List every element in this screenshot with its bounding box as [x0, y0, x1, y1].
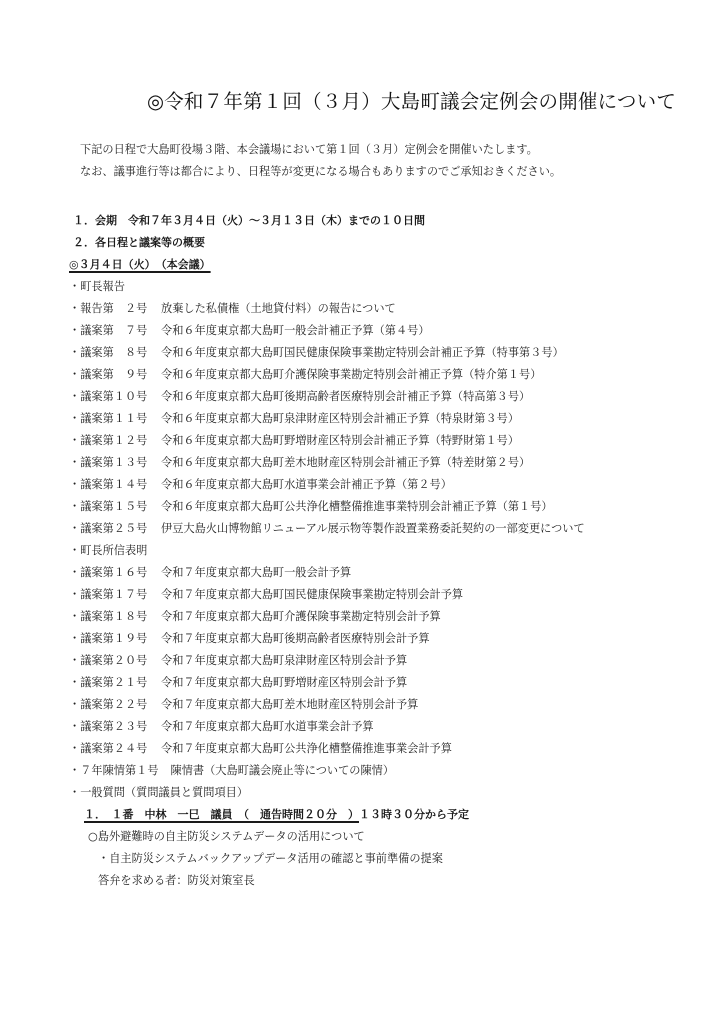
item-text: 陳情書（大島町議会廃止等についての陳情） — [171, 764, 395, 777]
agenda-item: ・議案第２１号令和７年度東京都大島町野増財産区特別会計予算 — [69, 674, 407, 690]
agenda-item: ・議案第１９号令和７年度東京都大島町後期高齢者医療特別会計予算 — [69, 630, 430, 646]
item-label: ・議案第２５号 — [69, 520, 149, 536]
item-text: 伊豆大島火山博物館リニューアル展示物等製作設置業務委託契約の一部変更について — [161, 522, 585, 535]
day-heading: ◎３月４日（火） （本会議） — [69, 256, 211, 272]
agenda-item: ・報告第 ２号放棄した私債権（土地貸付料）の報告について — [69, 300, 396, 316]
agenda-item: ・議案第２４号令和７年度東京都大島町公共浄化槽整備推進事業会計予算 — [69, 740, 452, 756]
item-label: ・議案第 ８号 — [69, 344, 149, 360]
item-label: ・議案第 ７号 — [69, 322, 149, 338]
item-label: ・議案第１６号 — [69, 564, 149, 580]
scheduled-time: １３時３０分から予定 — [359, 808, 469, 821]
questioner-info: １． １番 中林 一巳 議員 （ 通告時間２０分 ） — [84, 808, 359, 821]
item-label: ・議案第１１号 — [69, 410, 149, 426]
agenda-item: ・議案第２５号伊豆大島火山博物館リニューアル展示物等製作設置業務委託契約の一部変… — [69, 520, 585, 536]
item-text: 令和７年度東京都大島町介護保険事業勘定特別会計予算 — [161, 610, 441, 623]
intro-line-1: 下記の日程で大島町役場３階、本会議場において第１回（３月）定例会を開催いたします… — [80, 139, 561, 161]
item-label: ・一般質問（質問議員と質問項目） — [69, 786, 248, 799]
agenda-item: ・議案第１４号令和６年度東京都大島町水道事業会計補正予算（第２号） — [69, 476, 452, 492]
item-label: ・議案第１７号 — [69, 586, 149, 602]
item-text: 令和６年度東京都大島町野増財産区特別会計補正予算（特野財第１号） — [161, 434, 519, 447]
item-label: ・議案第１０号 — [69, 388, 149, 404]
item-text: 令和６年度東京都大島町泉津財産区特別会計補正予算（特泉財第３号） — [161, 412, 519, 425]
item-text: 令和７年度東京都大島町公共浄化槽整備推進事業会計予算 — [161, 742, 452, 755]
agenda-item: ・議案第２２号令和７年度東京都大島町差木地財産区特別会計予算 — [69, 696, 418, 712]
item-label: ・議案第 ９号 — [69, 366, 149, 382]
page-title: ◎令和７年第１回（３月）大島町議会定例会の開催について — [147, 86, 676, 114]
agenda-item: ・議案第１７号令和７年度東京都大島町国民健康保険事業勘定特別会計予算 — [69, 586, 463, 602]
item-label: ・議案第２０号 — [69, 652, 149, 668]
item-label: ・議案第２４号 — [69, 740, 149, 756]
agenda-item: ・議案第１５号令和６年度東京都大島町公共浄化槽整備推進事業特別会計補正予算（第１… — [69, 498, 553, 514]
agenda-item: ・町長所信表明 — [69, 542, 147, 558]
agenda-item: ・議案第 ８号令和６年度東京都大島町国民健康保険事業勘定特別会計補正予算（特事第… — [69, 344, 564, 360]
intro-line-2: なお、議事進行等は都合により、日程等が変更になる場合もありますのでご承知おきくだ… — [80, 161, 561, 183]
agenda-item: ・議案第１０号令和６年度東京都大島町後期高齢者医療特別会計補正予算（特高第３号） — [69, 388, 530, 404]
agenda-item: ・議案第１６号令和７年度東京都大島町一般会計予算 — [69, 564, 351, 580]
item-label: ・議案第１８号 — [69, 608, 149, 624]
agenda-item: ・議案第 ７号令和６年度東京都大島町一般会計補正予算（第４号） — [69, 322, 430, 338]
item-text: 令和７年度東京都大島町一般会計予算 — [161, 566, 351, 579]
overview-heading: ２．各日程と議案等の概要 — [73, 234, 205, 250]
agenda-item: ・議案第２０号令和７年度東京都大島町泉津財産区特別会計予算 — [69, 652, 407, 668]
item-text: 令和６年度東京都大島町水道事業会計補正予算（第２号） — [161, 478, 452, 491]
agenda-item: ・一般質問（質問議員と質問項目） — [69, 784, 248, 800]
respondent: 答弁を求める者：防災対策室長 — [98, 872, 255, 888]
item-text: 令和７年度東京都大島町野増財産区特別会計予算 — [161, 676, 407, 689]
agenda-item: ・議案第１２号令和６年度東京都大島町野増財産区特別会計補正予算（特野財第１号） — [69, 432, 519, 448]
item-text: 令和６年度東京都大島町公共浄化槽整備推進事業特別会計補正予算（第１号） — [161, 500, 553, 513]
agenda-item: ・７年陳情第１号陳情書（大島町議会廃止等についての陳情） — [69, 762, 394, 778]
agenda-item: ・議案第１８号令和７年度東京都大島町介護保険事業勘定特別会計予算 — [69, 608, 441, 624]
intro-paragraph: 下記の日程で大島町役場３階、本会議場において第１回（３月）定例会を開催いたします… — [80, 139, 561, 183]
session-period: １．会期 令和７年３月４日（火）～３月１３日（木）までの１０日間 — [73, 212, 425, 228]
item-text: 放棄した私債権（土地貸付料）の報告について — [161, 302, 396, 315]
item-text: 令和６年度東京都大島町介護保険事業勘定特別会計補正予算（特介第１号） — [161, 368, 541, 381]
item-text: 令和７年度東京都大島町水道事業会計予算 — [161, 720, 374, 733]
item-label: ・議案第１４号 — [69, 476, 149, 492]
item-label: ・議案第１９号 — [69, 630, 149, 646]
item-label: ・議案第２２号 — [69, 696, 149, 712]
question-subpoint: ・自主防災システムバックアップデータ活用の確認と事前準備の提案 — [98, 850, 443, 866]
question-topic: ○島外避難時の自主防災システムデータの活用について — [88, 828, 365, 844]
item-text: 令和６年度東京都大島町後期高齢者医療特別会計補正予算（特高第３号） — [161, 390, 530, 403]
item-label: ・報告第 ２号 — [69, 300, 149, 316]
item-label: ・７年陳情第１号 — [69, 764, 159, 777]
item-text: 令和７年度東京都大島町差木地財産区特別会計予算 — [161, 698, 418, 711]
agenda-item: ・町長報告 — [69, 278, 125, 294]
item-label: ・議案第１２号 — [69, 432, 149, 448]
item-text: 令和７年度東京都大島町後期高齢者医療特別会計予算 — [161, 632, 430, 645]
item-text: 令和６年度東京都大島町差木地財産区特別会計補正予算（特差財第２号） — [161, 456, 530, 469]
item-label: ・議案第１３号 — [69, 454, 149, 470]
item-label: ・議案第２３号 — [69, 718, 149, 734]
item-label: ・町長所信表明 — [69, 544, 147, 557]
agenda-item: ・議案第１１号令和６年度東京都大島町泉津財産区特別会計補正予算（特泉財第３号） — [69, 410, 519, 426]
agenda-item: ・議案第 ９号令和６年度東京都大島町介護保険事業勘定特別会計補正予算（特介第１号… — [69, 366, 541, 382]
item-text: 令和７年度東京都大島町国民健康保険事業勘定特別会計予算 — [161, 588, 463, 601]
agenda-item: ・議案第１３号令和６年度東京都大島町差木地財産区特別会計補正予算（特差財第２号） — [69, 454, 530, 470]
agenda-item: ・議案第２３号令和７年度東京都大島町水道事業会計予算 — [69, 718, 374, 734]
question-header: １． １番 中林 一巳 議員 （ 通告時間２０分 ）１３時３０分から予定 — [84, 806, 469, 822]
item-label: ・議案第２１号 — [69, 674, 149, 690]
item-label: ・町長報告 — [69, 280, 125, 293]
item-text: 令和６年度東京都大島町国民健康保険事業勘定特別会計補正予算（特事第３号） — [161, 346, 564, 359]
item-label: ・議案第１５号 — [69, 498, 149, 514]
item-text: 令和６年度東京都大島町一般会計補正予算（第４号） — [161, 324, 430, 337]
item-text: 令和７年度東京都大島町泉津財産区特別会計予算 — [161, 654, 407, 667]
